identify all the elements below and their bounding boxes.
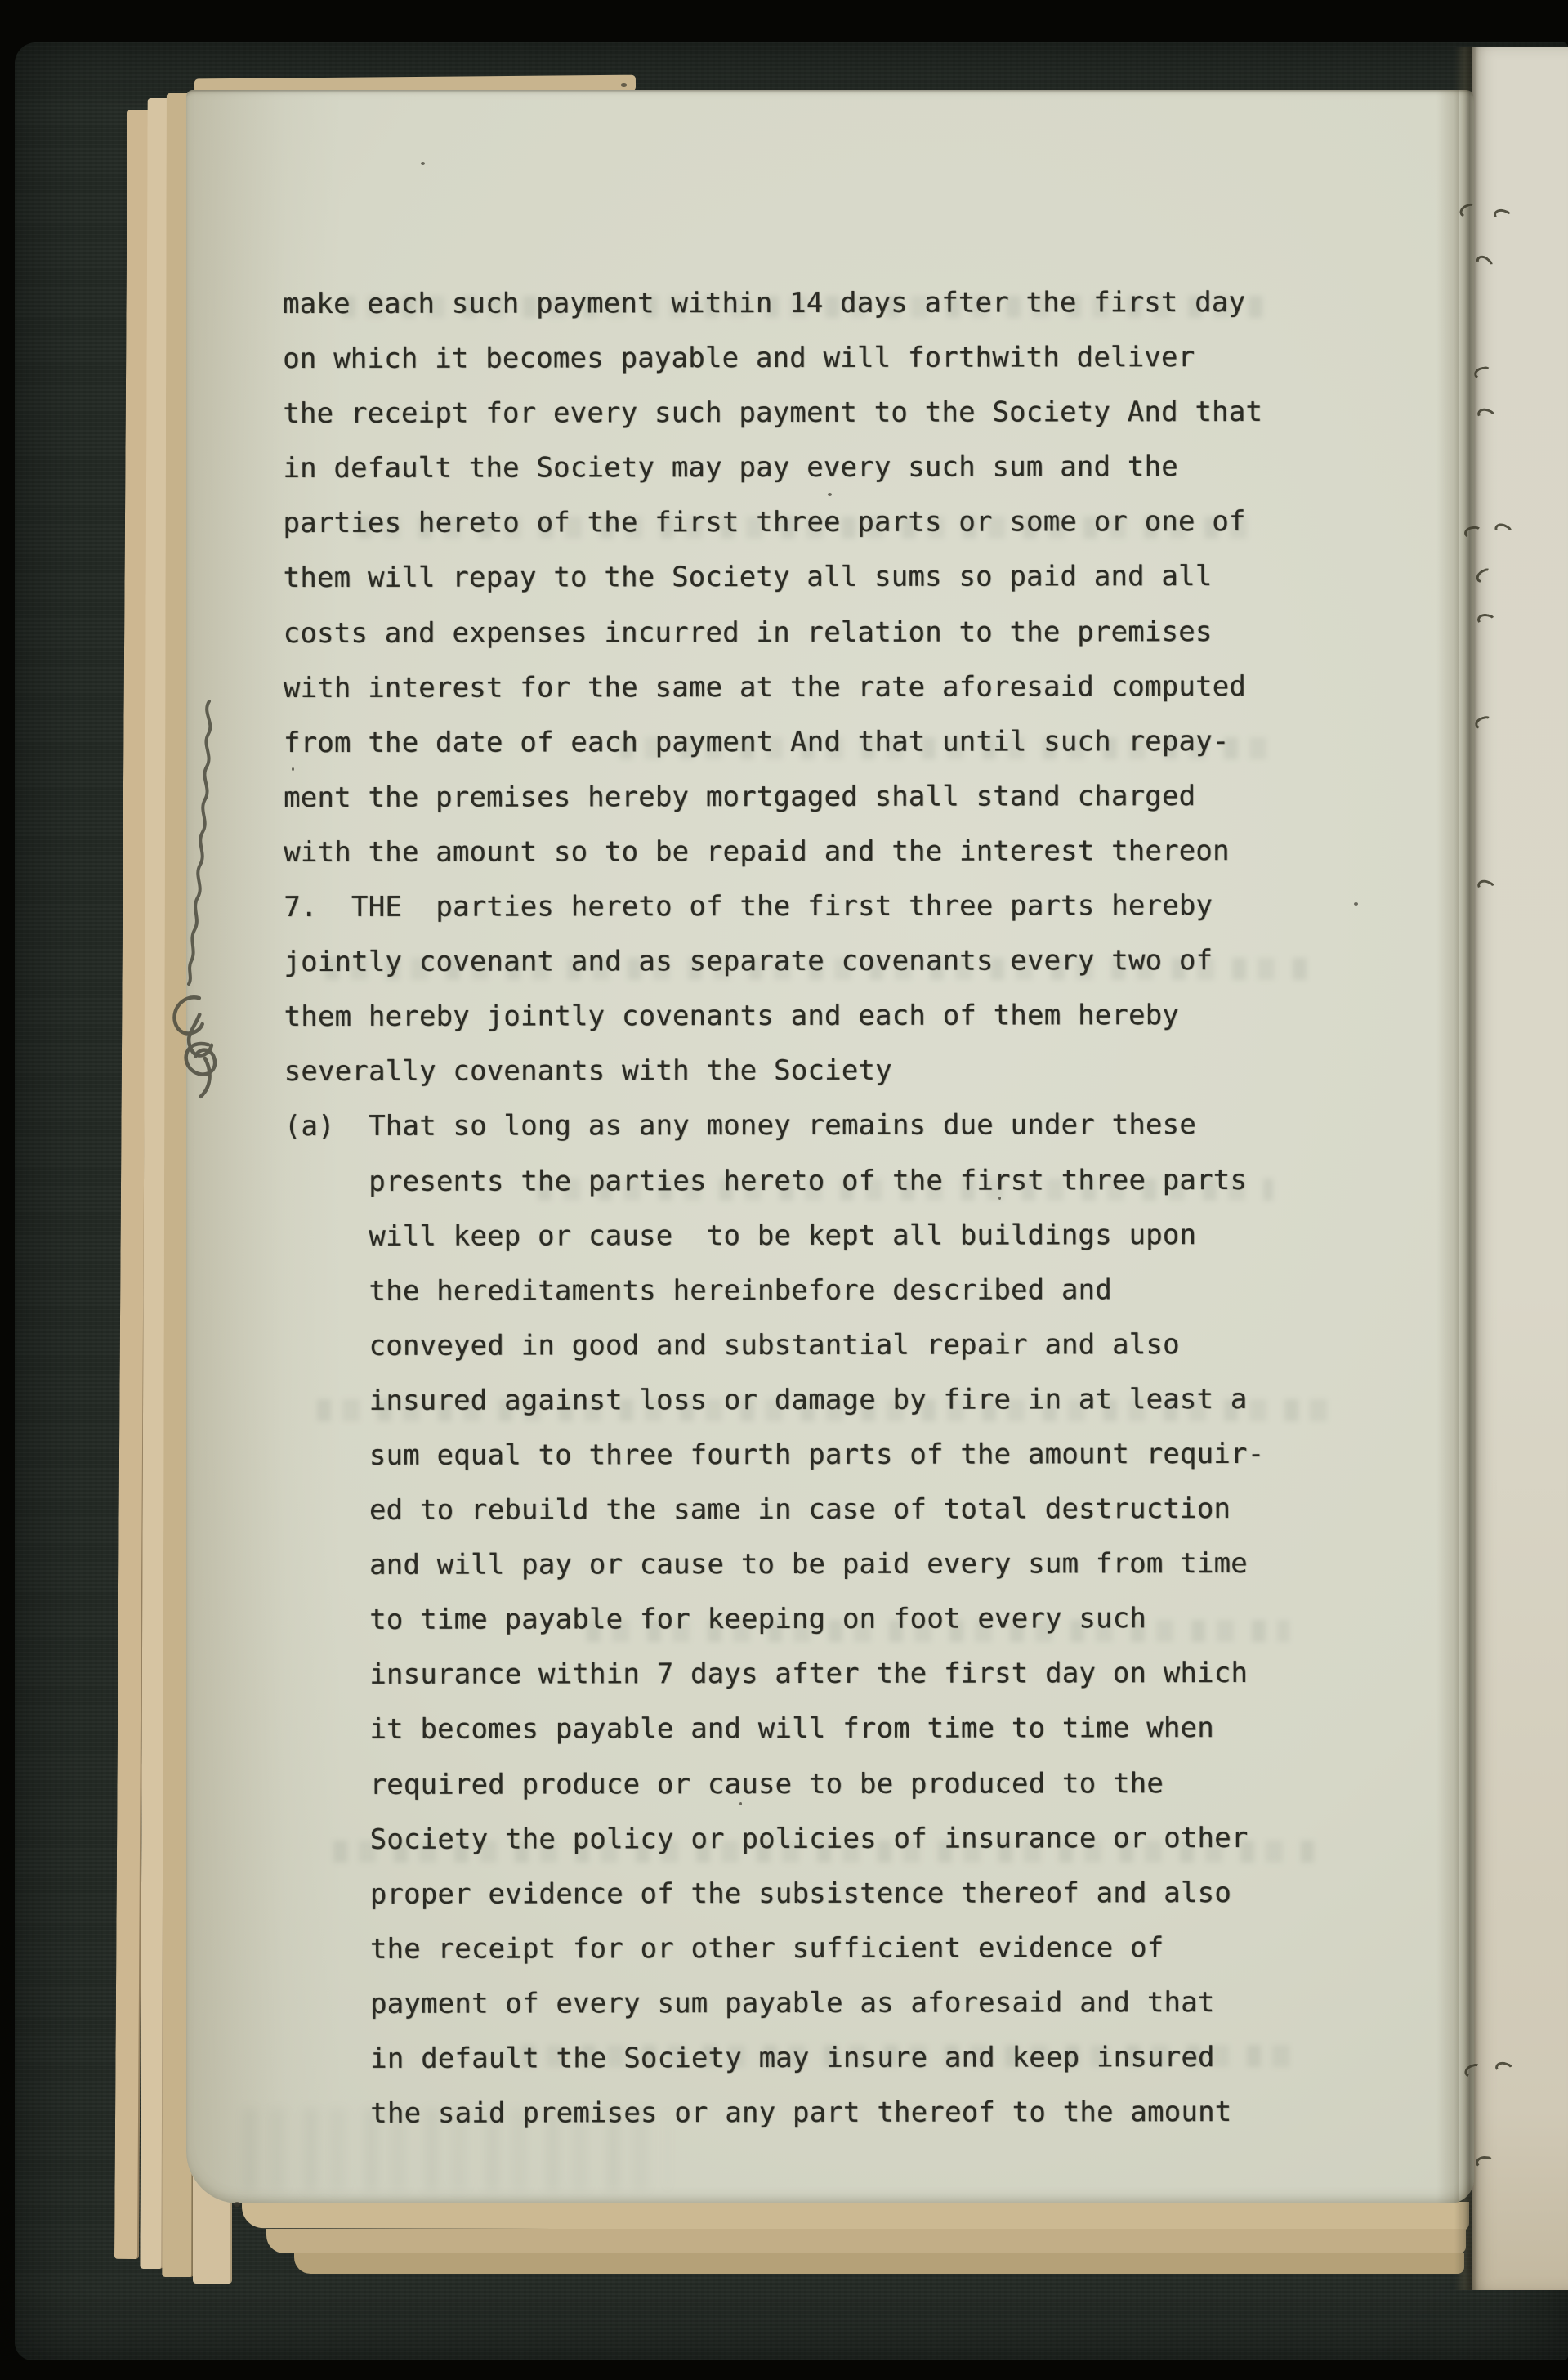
page-edge-bottom [266, 2229, 1466, 2253]
typed-text: make each such payment within 14 days af… [283, 275, 1266, 2141]
dust-speck [234, 2202, 240, 2207]
dust-speck [739, 1802, 742, 1805]
margin-handwriting-icon [155, 688, 245, 1146]
dust-speck [998, 1197, 1001, 1200]
stitch-mark [1476, 2156, 1494, 2169]
dust-speck [421, 162, 425, 165]
page-edge-bottom [294, 2252, 1464, 2274]
dust-speck [621, 83, 627, 87]
dust-speck [828, 493, 832, 496]
stitch-mark [1464, 526, 1482, 539]
book-scan-photo: make each such payment within 14 days af… [0, 0, 1568, 2380]
dust-speck [1354, 902, 1358, 906]
gutter-crease [1454, 47, 1479, 2290]
facing-page [1472, 47, 1568, 2290]
page-edge-bottom [242, 2199, 1469, 2231]
document-page: make each such payment within 14 days af… [186, 90, 1474, 2203]
dust-speck [292, 767, 294, 771]
